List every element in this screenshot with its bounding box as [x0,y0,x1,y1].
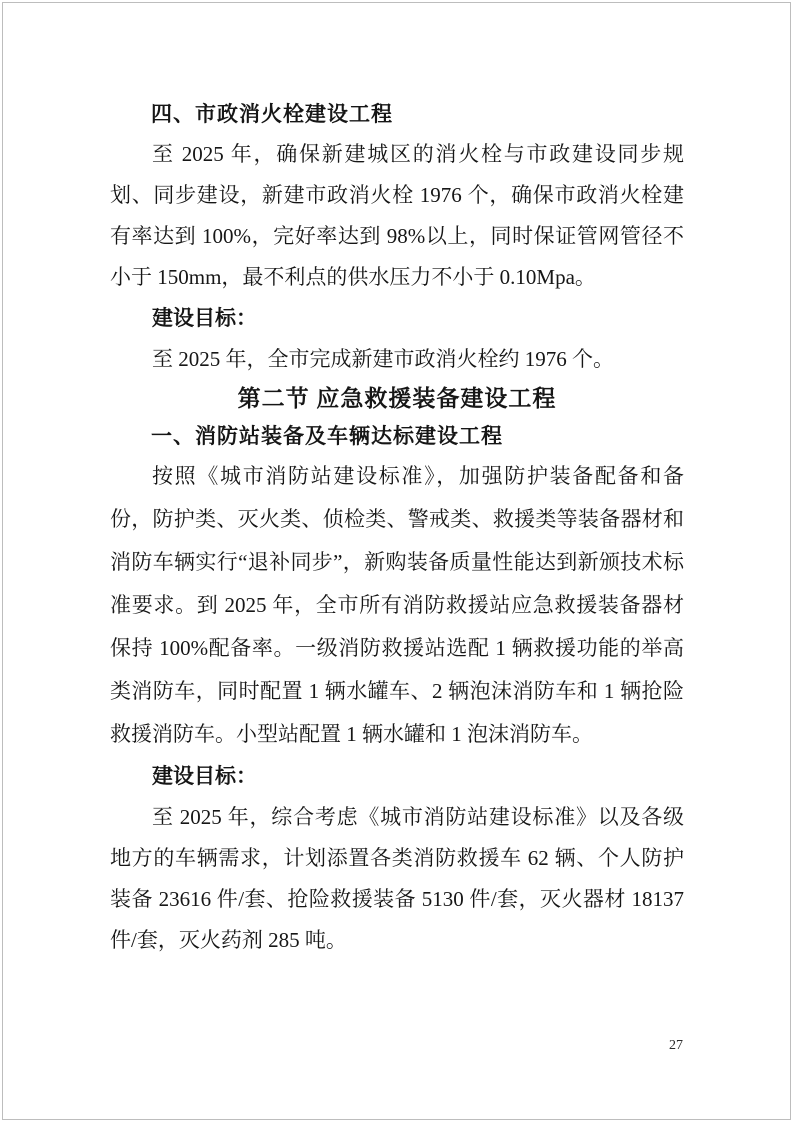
heading-fire-station-equipment-project: 一、消防站装备及车辆达标建设工程 [110,418,684,455]
document-page: 四、市政消火栓建设工程 至 2025 年，确保新建城区的消火栓与市政建设同步规划… [0,0,793,1122]
subheading-construction-goal-2: 建设目标： [110,756,684,797]
paragraph-equipment-plan: 按照《城市消防站建设标准》，加强防护装备配备和备份，防护类、灭火类、侦检类、警戒… [110,455,684,756]
paragraph-hydrant-goal: 至 2025 年，全市完成新建市政消火栓约 1976 个。 [110,339,684,380]
paragraph-equipment-goal: 至 2025 年，综合考虑《城市消防站建设标准》以及各级地方的车辆需求，计划添置… [110,797,684,961]
chapter-title-section-2: 第二节 应急救援装备建设工程 [110,380,684,418]
heading-municipal-hydrant-project: 四、市政消火栓建设工程 [110,96,684,134]
paragraph-hydrant-plan: 至 2025 年，确保新建城区的消火栓与市政建设同步规划、同步建设，新建市政消火… [110,134,684,298]
subheading-construction-goal-1: 建设目标： [110,298,684,339]
page-content: 四、市政消火栓建设工程 至 2025 年，确保新建城区的消火栓与市政建设同步规划… [110,96,684,961]
page-number: 27 [669,1037,683,1055]
